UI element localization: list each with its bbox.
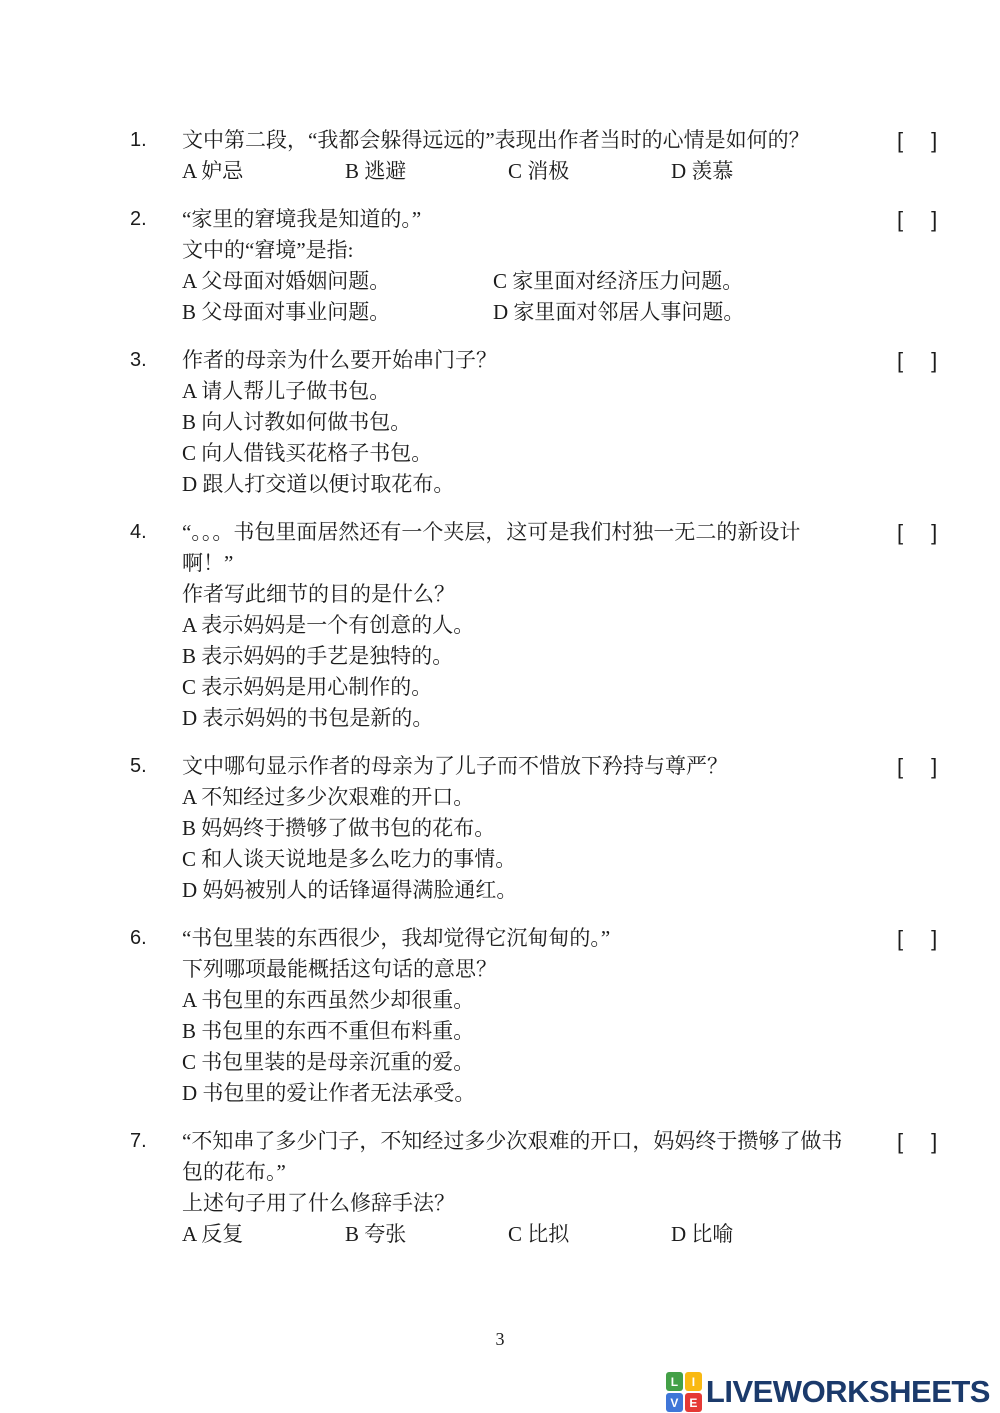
question-prompt: 作者写此细节的目的是什么？ (182, 579, 960, 610)
option-a: A 表示妈妈是一个有创意的人。 (182, 610, 960, 641)
question-number: 5. (130, 751, 182, 782)
option-b: B 书包里的东西不重但布料重。 (182, 1016, 960, 1047)
answer-slot[interactable]: [ ] (897, 517, 937, 548)
option-c: C 比拟 (508, 1219, 671, 1250)
question-prompt: 下列哪项最能概括这句话的意思？ (182, 954, 960, 985)
answer-slot[interactable]: [ ] (897, 751, 937, 782)
bracket-open: [ (897, 1126, 903, 1157)
answer-slot[interactable]: [ ] (897, 923, 937, 954)
question-number: 2. (130, 204, 182, 235)
question-1: 1. 文中第二段，“我都会躲得远远的”表现出作者当时的心情是如何的？ A 妒忌 … (130, 125, 960, 187)
option-d: D 表示妈妈的书包是新的。 (182, 703, 960, 734)
option-c: C 书包里装的是母亲沉重的爱。 (182, 1047, 960, 1078)
bracket-close: ] (931, 345, 937, 376)
answer-slot[interactable]: [ ] (897, 125, 937, 156)
option-b: B 表示妈妈的手艺是独特的。 (182, 641, 960, 672)
bracket-close: ] (931, 751, 937, 782)
bracket-close: ] (931, 517, 937, 548)
option-b: B 妈妈终于攒够了做书包的花布。 (182, 813, 960, 844)
option-a: A 反复 (182, 1219, 345, 1250)
logo-square-v: V (666, 1393, 683, 1412)
options-row: B 父母面对事业问题。 D 家里面对邻居人事问题。 (182, 297, 960, 328)
option-b: B 夸张 (345, 1219, 508, 1250)
bracket-open: [ (897, 751, 903, 782)
bracket-open: [ (897, 345, 903, 376)
page-number: 3 (0, 1328, 1000, 1350)
option-c: C 家里面对经济压力问题。 (493, 266, 743, 297)
question-quote: “书包里装的东西很少，我却觉得它沉甸甸的。” (182, 923, 960, 954)
logo-square-e: E (685, 1393, 702, 1412)
bracket-open: [ (897, 923, 903, 954)
question-quote-line2: 啊！” (182, 548, 960, 579)
question-3: 3. 作者的母亲为什么要开始串门子？ A 请人帮儿子做书包。 B 向人讨教如何做… (130, 345, 960, 500)
option-c: C 和人谈天说地是多么吃力的事情。 (182, 844, 960, 875)
bracket-open: [ (897, 125, 903, 156)
question-number: 7. (130, 1126, 182, 1157)
option-c: C 向人借钱买花格子书包。 (182, 438, 960, 469)
question-text: 文中第二段，“我都会躲得远远的”表现出作者当时的心情是如何的？ (182, 125, 960, 156)
option-d: D 跟人打交道以便讨取花布。 (182, 469, 960, 500)
options-row: A 妒忌 B 逃避 C 消极 D 羡慕 (182, 156, 960, 187)
option-d: D 书包里的爱让作者无法承受。 (182, 1078, 960, 1109)
question-prompt: 文中的“窘境”是指: (182, 235, 960, 266)
option-a: A 不知经过多少次艰难的开口。 (182, 782, 960, 813)
answer-slot[interactable]: [ ] (897, 204, 937, 235)
question-5: 5. 文中哪句显示作者的母亲为了儿子而不惜放下矜持与尊严？ A 不知经过多少次艰… (130, 751, 960, 906)
option-d: D 家里面对邻居人事问题。 (493, 297, 744, 328)
question-prompt: 上述句子用了什么修辞手法？ (182, 1188, 960, 1219)
bracket-open: [ (897, 204, 903, 235)
question-6: 6. “书包里装的东西很少，我却觉得它沉甸甸的。” 下列哪项最能概括这句话的意思… (130, 923, 960, 1109)
answer-slot[interactable]: [ ] (897, 345, 937, 376)
liveworksheets-logo[interactable]: L I V E LIVEWORKSHEETS (666, 1372, 990, 1412)
question-number: 4. (130, 517, 182, 548)
liveworksheets-logo-icon: L I V E (666, 1372, 702, 1412)
bracket-close: ] (931, 1126, 937, 1157)
option-c: C 消极 (508, 156, 671, 187)
bracket-close: ] (931, 125, 937, 156)
option-a: A 父母面对婚姻问题。 (182, 266, 493, 297)
question-number: 3. (130, 345, 182, 376)
question-quote-line1: “不知串了多少门子，不知经过多少次艰难的开口，妈妈终于攒够了做书 (182, 1126, 960, 1157)
question-quote-line2: 包的花布。” (182, 1157, 960, 1188)
question-quote: “家里的窘境我是知道的。” (182, 204, 960, 235)
question-4: 4. “。。。书包里面居然还有一个夹层，这可是我们村独一无二的新设计 啊！” 作… (130, 517, 960, 734)
bracket-close: ] (931, 204, 937, 235)
option-a: A 请人帮儿子做书包。 (182, 376, 960, 407)
answer-slot[interactable]: [ ] (897, 1126, 937, 1157)
option-d: D 比喻 (671, 1219, 733, 1250)
options-row: A 父母面对婚姻问题。 C 家里面对经济压力问题。 (182, 266, 960, 297)
option-b: B 逃避 (345, 156, 508, 187)
question-text: 作者的母亲为什么要开始串门子？ (182, 345, 960, 376)
option-c: C 表示妈妈是用心制作的。 (182, 672, 960, 703)
option-a: A 妒忌 (182, 156, 345, 187)
question-7: 7. “不知串了多少门子，不知经过多少次艰难的开口，妈妈终于攒够了做书 包的花布… (130, 1126, 960, 1250)
logo-square-l: L (666, 1372, 683, 1391)
question-2: 2. “家里的窘境我是知道的。” 文中的“窘境”是指: A 父母面对婚姻问题。 … (130, 204, 960, 328)
option-b: B 父母面对事业问题。 (182, 297, 493, 328)
logo-square-i: I (685, 1372, 702, 1391)
question-text: 文中哪句显示作者的母亲为了儿子而不惜放下矜持与尊严？ (182, 751, 960, 782)
question-quote-line1: “。。。书包里面居然还有一个夹层，这可是我们村独一无二的新设计 (182, 517, 960, 548)
option-d: D 羡慕 (671, 156, 733, 187)
worksheet-page: 1. 文中第二段，“我都会躲得远远的”表现出作者当时的心情是如何的？ A 妒忌 … (130, 125, 960, 1267)
bracket-open: [ (897, 517, 903, 548)
question-number: 6. (130, 923, 182, 954)
option-a: A 书包里的东西虽然少却很重。 (182, 985, 960, 1016)
question-number: 1. (130, 125, 182, 156)
options-row: A 反复 B 夸张 C 比拟 D 比喻 (182, 1219, 960, 1250)
bracket-close: ] (931, 923, 937, 954)
option-d: D 妈妈被别人的话锋逼得满脸通红。 (182, 875, 960, 906)
option-b: B 向人讨教如何做书包。 (182, 407, 960, 438)
logo-text: LIVEWORKSHEETS (706, 1372, 990, 1412)
